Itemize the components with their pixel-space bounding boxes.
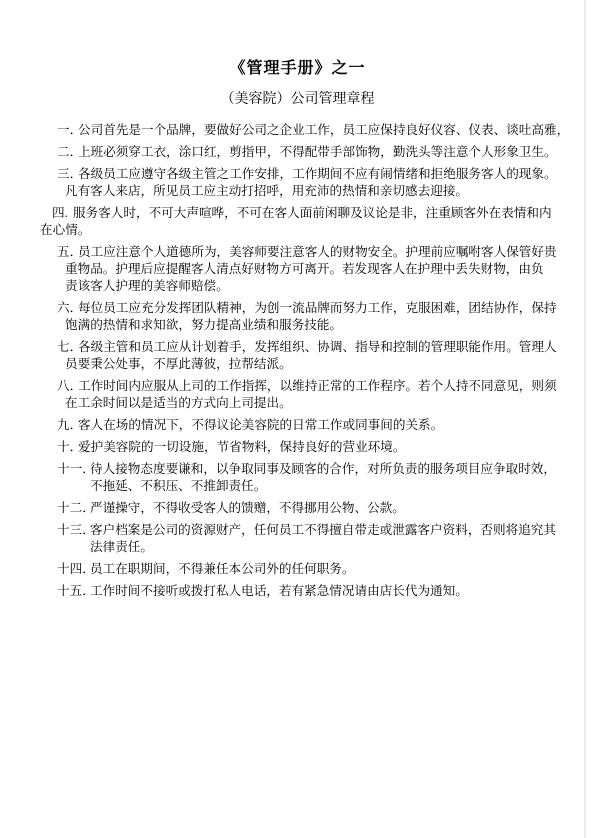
item-number: 十三． [57,522,90,539]
item-line: 员要秉公处事，不厚此薄彼，拉帮结派。 [65,356,555,373]
item-text: 公司首先是一个品牌，要做好公司之企业工作，员工应保持良好仪容、仪表、谈吐高雅， [78,123,569,137]
item-line-first: 十一．待人接物态度要谦和，以争取同事及顾客的合作，对所负责的服务项目应争取时效， [57,461,555,478]
item-number: 十四． [57,561,90,578]
list-item: 十二．严谨操守，不得收受客人的馈赠，不得挪用公物、公款。 [40,500,555,517]
list-item: 十四．员工在职期间，不得兼任本公司外的任何职务。 [40,561,555,578]
document-title: 《管理手册》之一 [0,58,595,80]
item-line-first: 六．每位员工应充分发挥团队精神，为创一流品牌而努力工作，克服困难，团结协作，保持 [57,300,555,317]
list-item: 六．每位员工应充分发挥团队精神，为创一流品牌而努力工作，克服困难，团结协作，保持… [40,300,555,334]
item-line-first: 五．员工应注意个人道德所为，美容师要注意客人的财物安全。护理前应嘱咐客人保管好贵 [57,244,555,261]
item-number: 三． [57,166,78,183]
item-line-first: 四.服务客人时，不可大声喧哗，不可在客人面前闲聊及议论是非，注重顾客外在表情和内 [52,205,555,222]
document-page: 《管理手册》之一 （美容院）公司管理章程 一．公司首先是一个品牌，要做好公司之企… [0,0,595,838]
list-item: 四.服务客人时，不可大声喧哗，不可在客人面前闲聊及议论是非，注重顾客外在表情和内… [40,205,555,239]
item-line-first: 一．公司首先是一个品牌，要做好公司之企业工作，员工应保持良好仪容、仪表、谈吐高雅… [57,122,555,139]
item-text: 客人在场的情况下，不得议论美容院的日常工作或同事间的关系。 [78,418,443,432]
list-item: 十一．待人接物态度要谦和，以争取同事及顾客的合作，对所负责的服务项目应争取时效，… [40,461,555,495]
item-text: 爱护美容院的一切设施，节省物料，保持良好的营业环境。 [78,440,405,454]
item-line: 不拖延、不积压、不推卸责任。 [90,478,555,495]
item-number: 四. [52,205,73,222]
item-line: 在心情。 [40,222,555,239]
list-item: 二．上班必须穿工衣，涂口红，剪指甲，不得配带手部饰物，勤洗头等注意个人形象卫生。 [40,144,555,161]
item-number: 十五． [57,583,90,600]
item-text: 服务客人时，不可大声喧哗，不可在客人面前闲聊及议论是非，注重顾客外在表情和内 [73,206,552,220]
item-number: 一． [57,122,78,139]
list-item: 三．各级员工应遵守各级主管之工作安排，工作期间不应有闹情绪和拒绝服务客人的现象。… [40,166,555,200]
item-text: 上班必须穿工衣，涂口红，剪指甲，不得配带手部饰物，勤洗头等注意个人形象卫生。 [78,145,557,159]
list-item: 一．公司首先是一个品牌，要做好公司之企业工作，员工应保持良好仪容、仪表、谈吐高雅… [40,122,555,139]
item-line: 重物品。护理后应提醒客人清点好财物方可离开。若发现客人在护理中丢失财物，由负 [65,261,555,278]
item-number: 二． [57,144,78,161]
item-line-first: 九．客人在场的情况下，不得议论美容院的日常工作或同事间的关系。 [57,417,555,434]
item-text: 员工在职期间，不得兼任本公司外的任何职务。 [90,562,354,576]
scan-edge-line [584,0,586,838]
item-line: 在工余时间以是适当的方式向上司提出。 [65,395,555,412]
item-number: 六． [57,300,78,317]
item-text: 严谨操守，不得收受客人的馈赠，不得挪用公物、公款。 [90,501,405,515]
item-text: 工作时间内应服从上司的工作指挥，以维持正常的工作程序。若个人持不同意见，则须 [78,379,557,393]
list-item: 十．爱护美容院的一切设施，节省物料，保持良好的营业环境。 [40,439,555,456]
item-line-first: 十三．客户档案是公司的资源财产，任何员工不得擅自带走或泄露客户资料，否则将追究其 [57,522,555,539]
item-line-first: 三．各级员工应遵守各级主管之工作安排，工作期间不应有闹情绪和拒绝服务客人的现象。 [57,166,555,183]
item-text: 待人接物态度要谦和，以争取同事及顾客的合作，对所负责的服务项目应争取时效， [90,462,556,476]
item-line: 责该客人护理的美容师赔偿。 [65,278,555,295]
item-line: 法律责任。 [90,539,555,556]
rules-list: 一．公司首先是一个品牌，要做好公司之企业工作，员工应保持良好仪容、仪表、谈吐高雅… [0,122,595,600]
item-text: 客户档案是公司的资源财产，任何员工不得擅自带走或泄露客户资料，否则将追究其 [90,523,556,537]
item-line-first: 十四．员工在职期间，不得兼任本公司外的任何职务。 [57,561,555,578]
item-text: 各级主管和员工应从计划着手，发挥组织、协调、指导和控制的管理职能作用。管理人 [78,340,557,354]
item-text: 各级员工应遵守各级主管之工作安排，工作期间不应有闹情绪和拒绝服务客人的现象。 [78,167,557,181]
item-number: 五． [57,244,78,261]
item-number: 九． [57,417,78,434]
list-item: 九．客人在场的情况下，不得议论美容院的日常工作或同事间的关系。 [40,417,555,434]
document-subtitle: （美容院）公司管理章程 [0,91,595,109]
list-item: 十五．工作时间不接听或拨打私人电话，若有紧急情况请由店长代为通知。 [40,583,555,600]
item-line-first: 十五．工作时间不接听或拨打私人电话，若有紧急情况请由店长代为通知。 [57,583,555,600]
item-text: 工作时间不接听或拨打私人电话，若有紧急情况请由店长代为通知。 [90,584,468,598]
list-item: 七．各级主管和员工应从计划着手，发挥组织、协调、指导和控制的管理职能作用。管理人… [40,339,555,373]
item-number: 十二． [57,500,90,517]
item-line-first: 七．各级主管和员工应从计划着手，发挥组织、协调、指导和控制的管理职能作用。管理人 [57,339,555,356]
item-line: 凡有客人来店，所见员工应主动打招呼，用充沛的热情和亲切感去迎接。 [65,183,555,200]
list-item: 五．员工应注意个人道德所为，美容师要注意客人的财物安全。护理前应嘱咐客人保管好贵… [40,244,555,295]
item-line-first: 十．爱护美容院的一切设施，节省物料，保持良好的营业环境。 [57,439,555,456]
item-number: 十． [57,439,78,456]
item-text: 每位员工应充分发挥团队精神，为创一流品牌而努力工作，克服困难，团结协作，保持 [78,301,557,315]
list-item: 十三．客户档案是公司的资源财产，任何员工不得擅自带走或泄露客户资料，否则将追究其… [40,522,555,556]
item-number: 八． [57,378,78,395]
list-item: 八．工作时间内应服从上司的工作指挥，以维持正常的工作程序。若个人持不同意见，则须… [40,378,555,412]
item-line-first: 十二．严谨操守，不得收受客人的馈赠，不得挪用公物、公款。 [57,500,555,517]
item-number: 十一． [57,461,90,478]
item-line: 饱满的热情和求知欲，努力提高业绩和服务技能。 [65,317,555,334]
item-line-first: 八．工作时间内应服从上司的工作指挥，以维持正常的工作程序。若个人持不同意见，则须 [57,378,555,395]
document-header: 《管理手册》之一 （美容院）公司管理章程 [0,0,595,109]
item-text: 员工应注意个人道德所为，美容师要注意客人的财物安全。护理前应嘱咐客人保管好贵 [78,245,557,259]
item-number: 七． [57,339,78,356]
item-line-first: 二．上班必须穿工衣，涂口红，剪指甲，不得配带手部饰物，勤洗头等注意个人形象卫生。 [57,144,555,161]
